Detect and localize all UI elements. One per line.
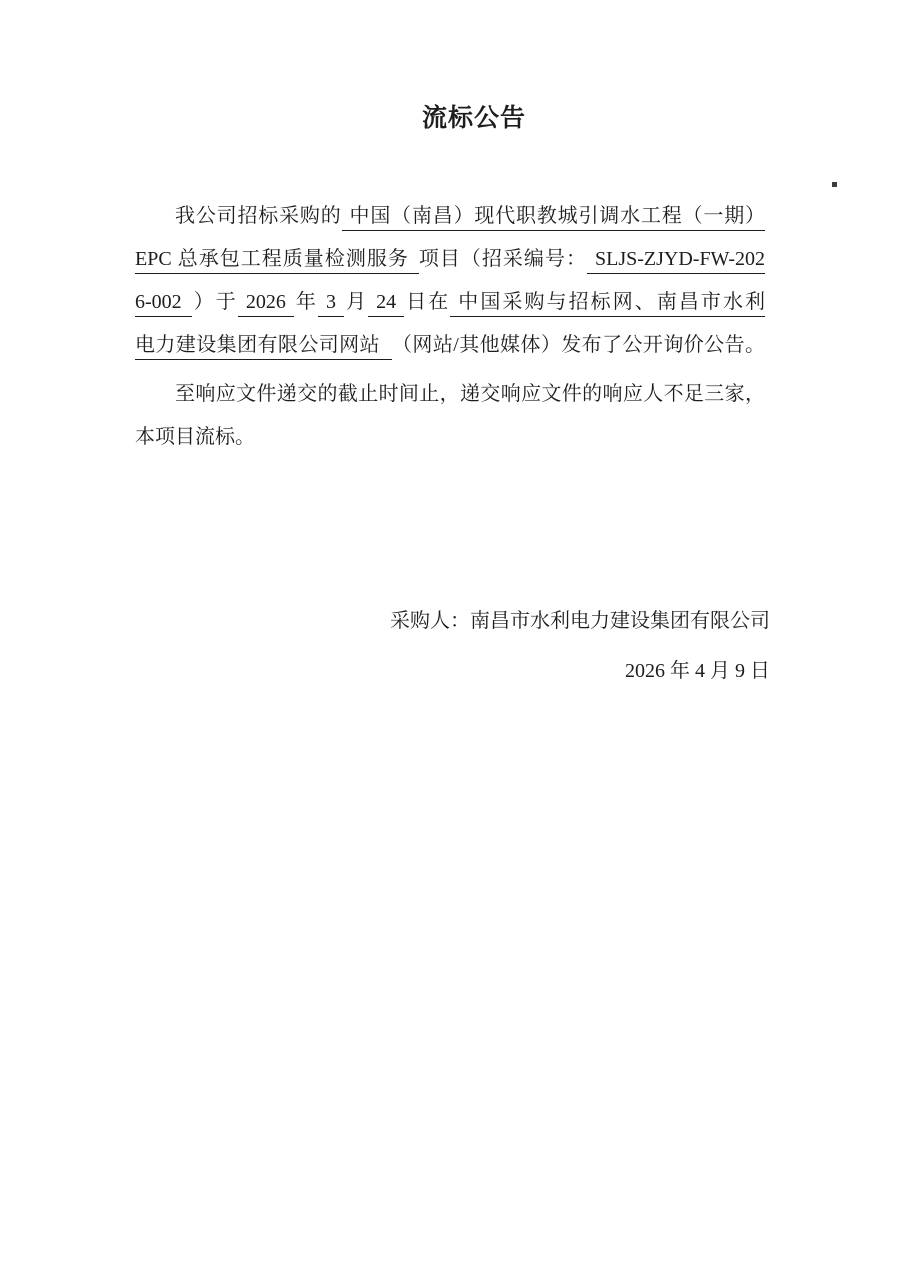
signature-date-line: 2026 年 4 月 9 日 (135, 649, 770, 693)
publish-month-underlined: 3 (318, 291, 344, 317)
on-date-text: ）于 (192, 291, 238, 313)
publish-day-underlined: 24 (368, 291, 404, 317)
announcement-line-4: 电力建设集团有限公司网站（网站/其他媒体）发布了公开询价公告。 (135, 324, 765, 367)
year-unit-text: 年 (294, 291, 318, 313)
announcement-line-3: 6-002）于2026年3月24日在中国采购与招标网、南昌市水利 (135, 281, 765, 324)
day-at-text: 日在 (404, 291, 450, 313)
paragraph-result: 至响应文件递交的截止时间止，递交响应文件的响应人不足三家， 本项目流标。 (135, 373, 765, 459)
stray-ink-mark (832, 182, 837, 187)
publish-media-underlined-part1: 中国采购与招标网、南昌市水利 (450, 291, 765, 317)
tender-number-underlined-part1: SLJS-ZJYD-FW-202 (587, 248, 765, 274)
result-line-1: 至响应文件递交的截止时间止，递交响应文件的响应人不足三家， (135, 373, 765, 416)
buyer-signature-line: 采购人：南昌市水利电力建设集团有限公司 (135, 599, 770, 643)
announcement-line-1: 我公司招标采购的中国（南昌）现代职教城引调水工程（一期） (135, 195, 765, 238)
publish-media-underlined-part2: 电力建设集团有限公司网站 (135, 334, 392, 360)
result-line-2: 本项目流标。 (135, 416, 765, 459)
project-name-underlined-part1: 中国（南昌）现代职教城引调水工程（一期） (342, 205, 765, 231)
tender-number-label: 项目（招采编号： (419, 248, 587, 270)
paragraph-announcement: 我公司招标采购的中国（南昌）现代职教城引调水工程（一期） EPC 总承包工程质量… (135, 195, 765, 367)
project-name-underlined-part2: EPC 总承包工程质量检测服务 (135, 248, 419, 274)
document-title: 流标公告 (135, 100, 765, 138)
publish-year-underlined: 2026 (238, 291, 294, 317)
announcement-line-2: EPC 总承包工程质量检测服务项目（招采编号：SLJS-ZJYD-FW-202 (135, 238, 765, 281)
document-page: 流标公告 我公司招标采购的中国（南昌）现代职教城引调水工程（一期） EPC 总承… (0, 0, 900, 1272)
month-unit-text: 月 (344, 291, 368, 313)
publish-closing-text: （网站/其他媒体）发布了公开询价公告。 (392, 334, 765, 356)
intro-text: 我公司招标采购的 (175, 205, 342, 227)
tender-number-underlined-part2: 6-002 (135, 291, 192, 317)
